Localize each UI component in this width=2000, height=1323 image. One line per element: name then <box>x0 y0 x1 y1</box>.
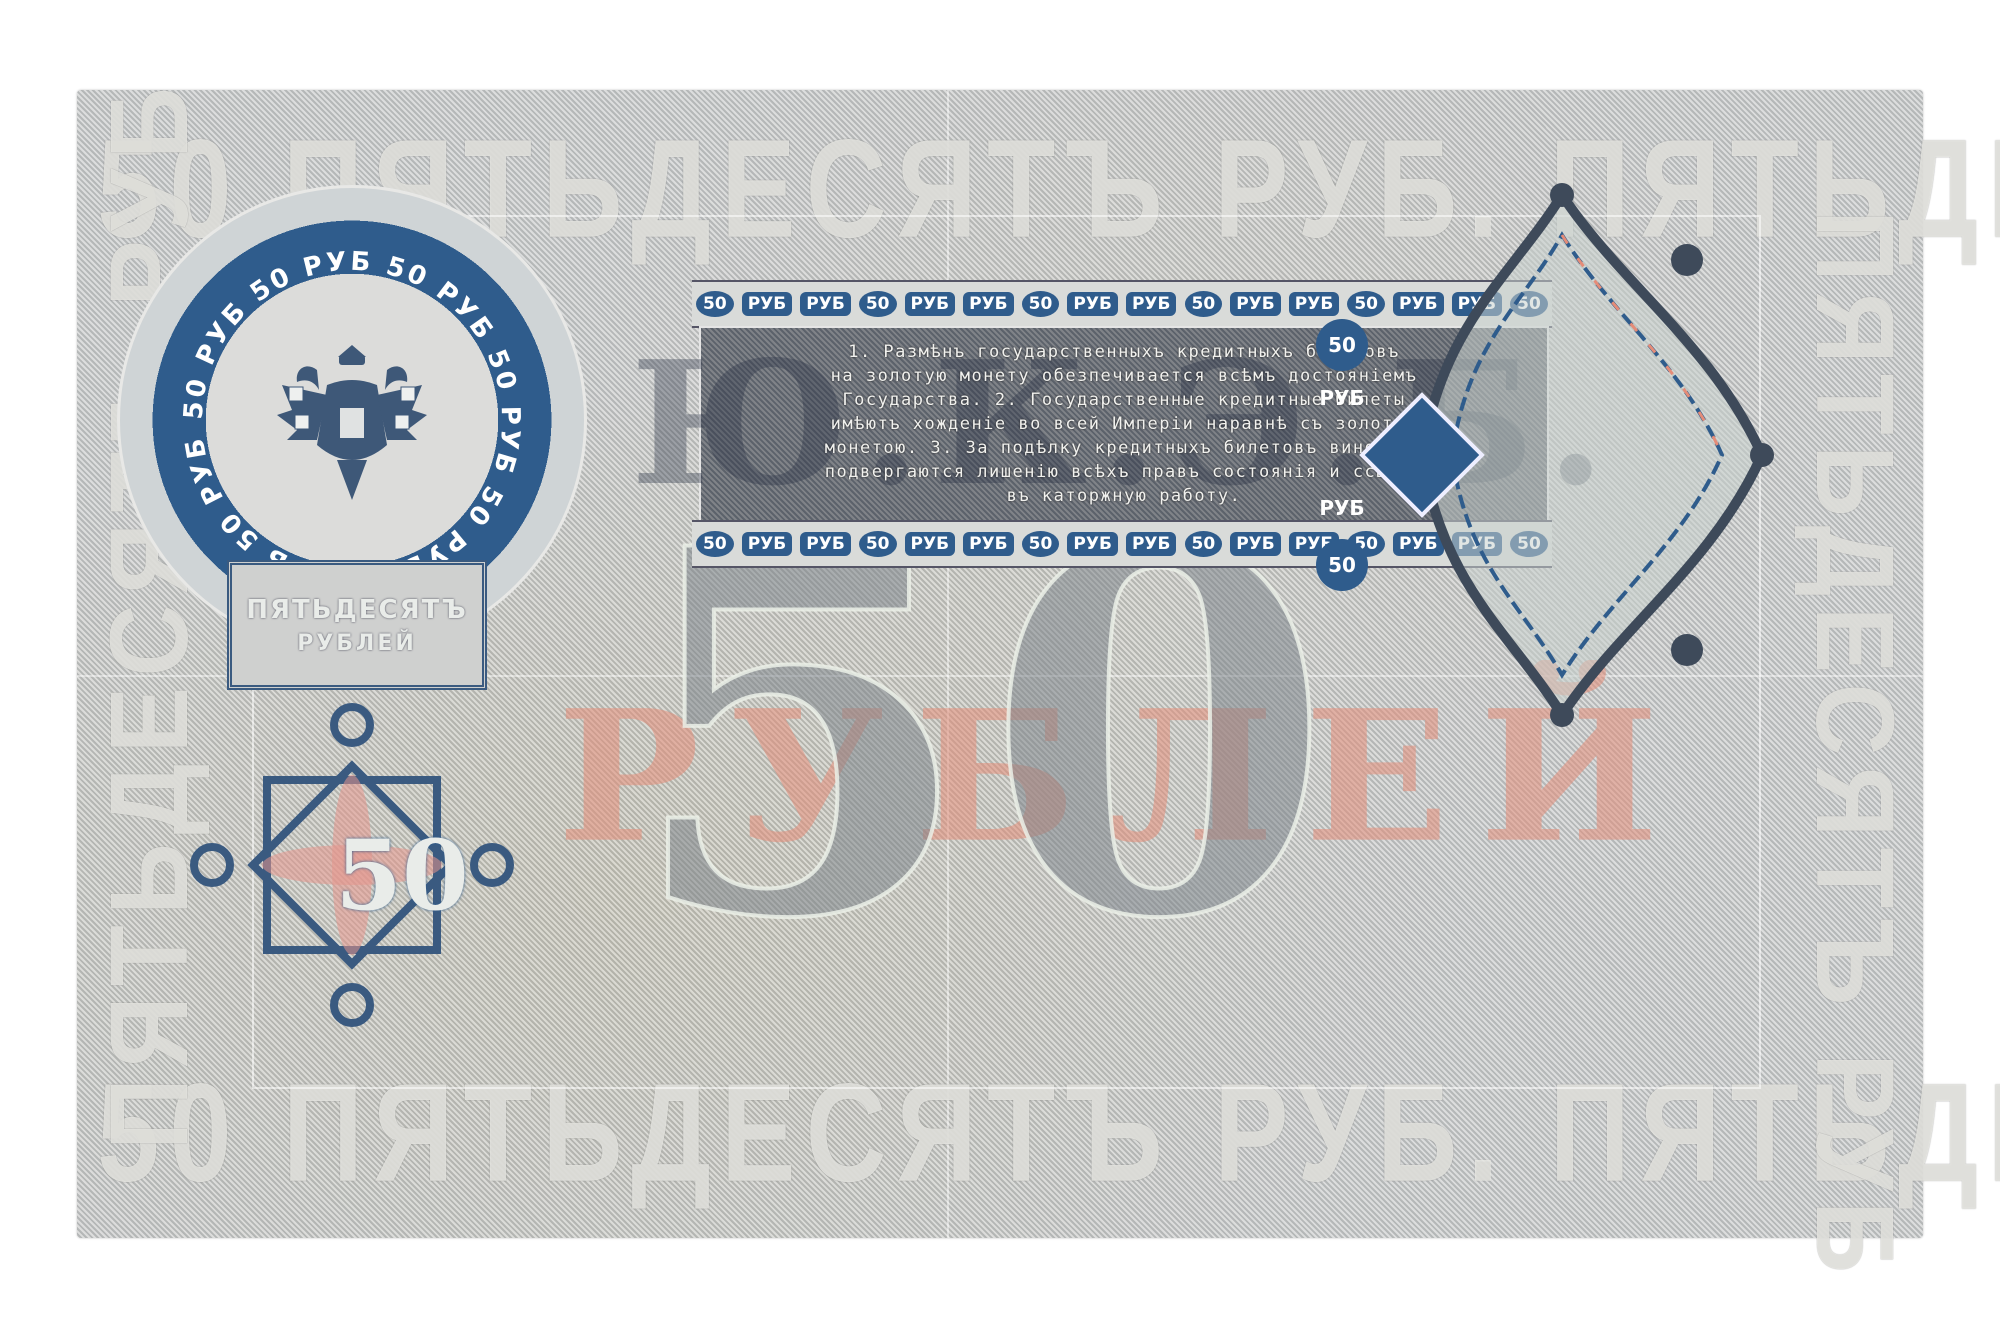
denomination-box: ПЯТЬДЕСЯТЪ РУБЛЕЙ <box>227 560 487 690</box>
strip-label: РУБ <box>905 532 956 556</box>
strip-label: 50 <box>1185 531 1223 557</box>
strip-label: РУБ <box>1067 532 1118 556</box>
strip-label: 50 <box>696 291 734 317</box>
strip-label: 50 <box>696 531 734 557</box>
strip-label: РУБ <box>905 292 956 316</box>
rosette-numeral: 50 <box>337 820 467 930</box>
svg-text:50: 50 <box>1328 333 1356 357</box>
denomination-line-2: РУБЛЕЙ <box>297 631 417 656</box>
strip-label: РУБ <box>1126 292 1177 316</box>
banknote: 50 ПЯТЬДЕСЯТЪ РУБ. ПЯТЬДЕСЯТЪ РУБ. 50 50… <box>77 90 1923 1238</box>
double-headed-eagle-icon <box>267 325 437 515</box>
strip-label: РУБ <box>800 532 851 556</box>
svg-text:РУБ: РУБ <box>1319 496 1364 520</box>
border-text-right: ПЯТЬДЕСЯТЪ РУБ <box>1791 210 1918 1283</box>
strip-label: 50 <box>859 291 897 317</box>
right-ornament: 50 РУБ РУБ 50 <box>1292 165 1782 745</box>
strip-label: 50 <box>859 531 897 557</box>
strip-label: РУБ <box>1126 532 1177 556</box>
legal-text-line: въ каторжную работу. <box>1007 484 1242 508</box>
strip-label: 50 <box>1185 291 1223 317</box>
strip-label: РУБ <box>963 532 1014 556</box>
strip-label: РУБ <box>800 292 851 316</box>
strip-label: РУБ <box>1230 292 1281 316</box>
strip-label: 50 <box>1022 531 1060 557</box>
svg-text:РУБ: РУБ <box>1319 386 1364 410</box>
denomination-line-1: ПЯТЬДЕСЯТЪ <box>246 595 468 625</box>
svg-text:50: 50 <box>1328 553 1356 577</box>
strip-label: РУБ <box>963 292 1014 316</box>
strip-label: РУБ <box>742 532 793 556</box>
strip-label: 50 <box>1022 291 1060 317</box>
strip-label: РУБ <box>1067 292 1118 316</box>
strip-label: РУБ <box>742 292 793 316</box>
strip-label: РУБ <box>1230 532 1281 556</box>
